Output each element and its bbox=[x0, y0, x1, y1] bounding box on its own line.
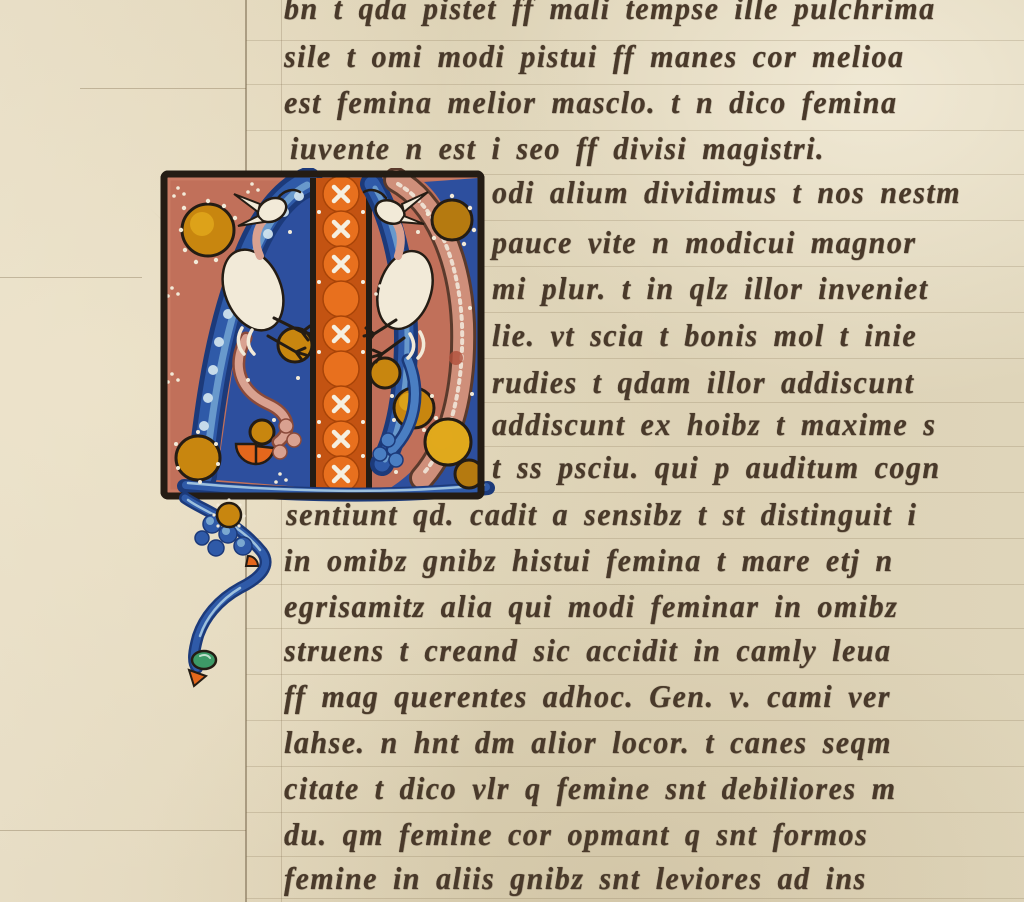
manuscript-line: bn t qda pistet ff mali tempse ille pulc… bbox=[284, 0, 936, 34]
manuscript-page: bn t qda pistet ff mali tempse ille pulc… bbox=[0, 0, 1024, 902]
manuscript-line: femine in aliis gnibz snt leviores ad in… bbox=[284, 858, 867, 902]
letter-center-column bbox=[313, 176, 369, 492]
margin-ruling-line bbox=[0, 830, 246, 831]
manuscript-line: lie. vt scia t bonis mol t inie bbox=[492, 315, 917, 361]
manuscript-line: odi alium dividimus t nos nestm bbox=[492, 172, 961, 218]
tail-flourish bbox=[185, 498, 266, 686]
margin-ruling-line bbox=[80, 88, 246, 89]
manuscript-line: citate t dico vlr q femine snt debiliore… bbox=[284, 768, 896, 814]
manuscript-line: addiscunt ex hoibz t maxime s bbox=[492, 404, 936, 450]
manuscript-line: iuvente n est i seo ff divisi magistri. bbox=[290, 128, 825, 174]
manuscript-line: sile t omi modi pistui ff manes cor meli… bbox=[284, 36, 904, 82]
tail-green-tip bbox=[192, 651, 216, 669]
margin-ruling-line bbox=[0, 277, 142, 278]
manuscript-line: pauce vite n modicui magnor bbox=[492, 222, 917, 268]
manuscript-line: lahse. n hnt dm alior locor. t canes seq… bbox=[284, 722, 892, 768]
manuscript-line: est femina melior masclo. t n dico femin… bbox=[284, 82, 897, 128]
tail-orange-tip bbox=[189, 670, 206, 686]
manuscript-line: mi plur. t in qlz illor inveniet bbox=[492, 268, 929, 314]
manuscript-line: t ss psciu. qui p auditum cogn bbox=[492, 447, 941, 493]
manuscript-line: rudies t qdam illor addiscunt bbox=[492, 362, 915, 408]
manuscript-line: du. qm femine cor opmant q snt formos bbox=[284, 814, 868, 860]
illuminated-initial-M bbox=[156, 168, 500, 708]
